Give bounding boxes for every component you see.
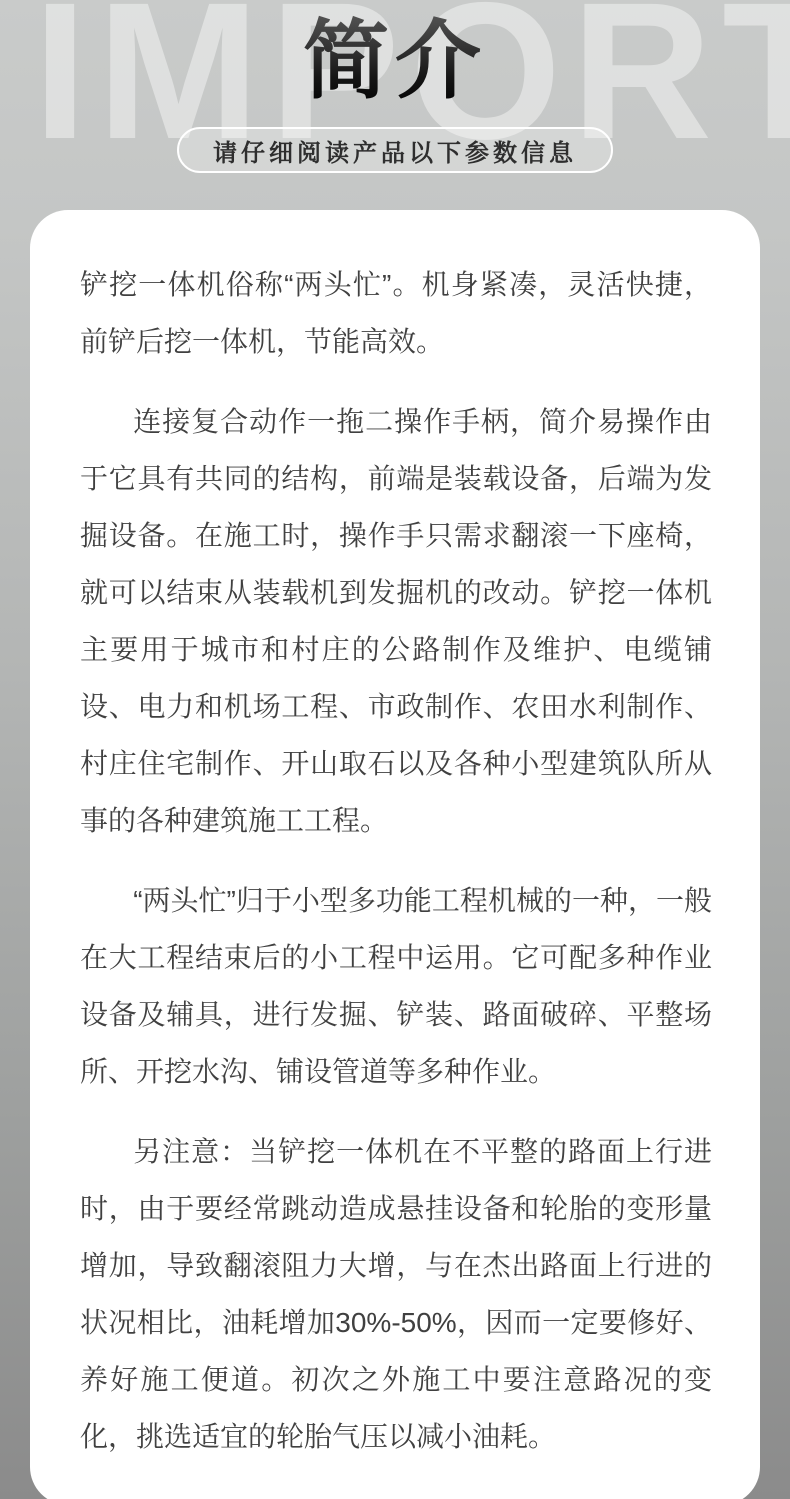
intro-paragraph: 连接复合动作一拖二操作手柄，简介易操作由于它具有共同的结构，前端是装载设备，后端… [80, 393, 712, 849]
page-background: { "header": { "background_word": "IMPORT… [0, 0, 790, 1499]
subtitle-text: 请仔细阅读产品以下参数信息 [213, 133, 577, 168]
subtitle-pill: 请仔细阅读产品以下参数信息 [177, 127, 613, 173]
intro-paragraph: 铲挖一体机俗称“两头忙”。机身紧凑，灵活快捷，前铲后挖一体机，节能高效。 [80, 256, 712, 370]
header-section: IMPORT 简介 请仔细阅读产品以下参数信息 [0, 0, 790, 210]
section-title: 简介 [0, 12, 790, 111]
intro-card: 铲挖一体机俗称“两头忙”。机身紧凑，灵活快捷，前铲后挖一体机，节能高效。连接复合… [30, 210, 760, 1499]
intro-paragraph: 另注意：当铲挖一体机在不平整的路面上行进时，由于要经常跳动造成悬挂设备和轮胎的变… [80, 1123, 712, 1465]
intro-paragraph: “两头忙”归于小型多功能工程机械的一种，一般在大工程结束后的小工程中运用。它可配… [80, 872, 712, 1100]
